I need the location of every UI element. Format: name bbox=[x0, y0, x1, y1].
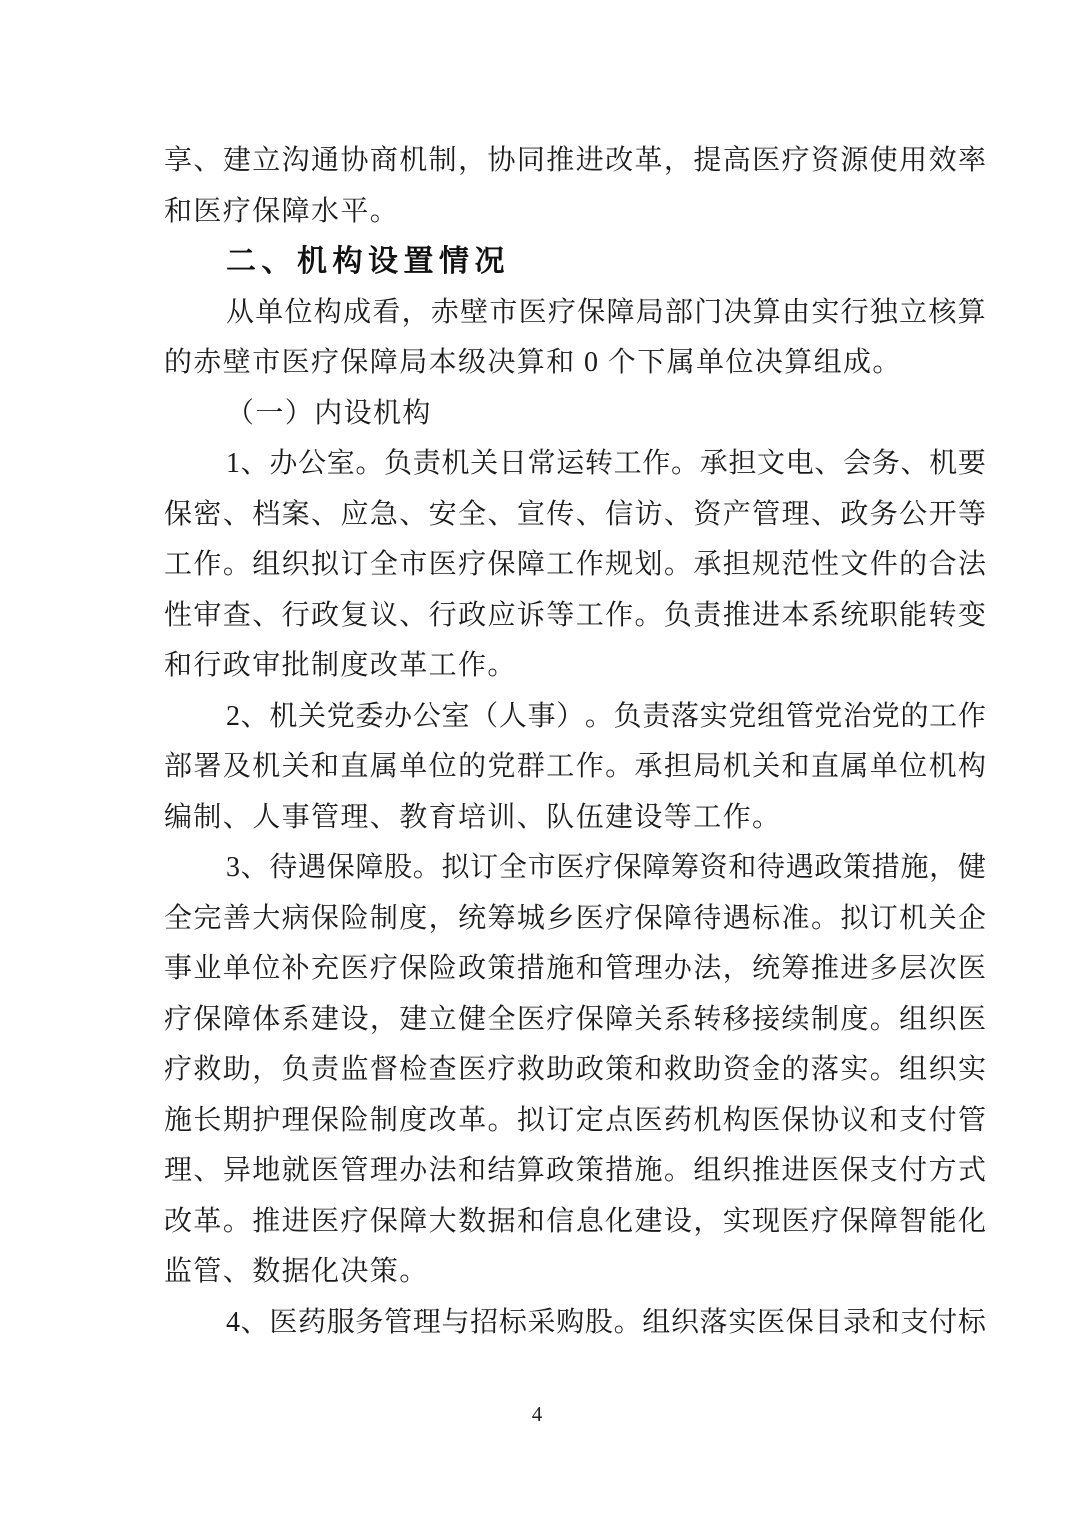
text-line: 疗保障体系建设，建立健全医疗保障关系转移接续制度。组织医 bbox=[164, 995, 986, 1046]
paragraph-item-3-treatment-guarantee-section: 3、待遇保障股。拟订全市医疗保障筹资和待遇政策措施，健全完善大病保险制度，统筹城… bbox=[164, 843, 986, 1298]
section-heading: 二、机构设置情况 bbox=[164, 237, 986, 288]
text-line: 编制、人事管理、教育培训、队伍建设等工作。 bbox=[164, 793, 986, 844]
paragraph-item-1-office: 1、办公室。负责机关日常运转工作。承担文电、会务、机要保密、档案、应急、安全、宣… bbox=[164, 439, 986, 692]
text-line: 事业单位补充医疗保险政策措施和管理办法，统筹推进多层次医 bbox=[164, 944, 986, 995]
text-line: 和医疗保障水平。 bbox=[164, 187, 986, 238]
text-line: 疗救助，负责监督检查医疗救助政策和救助资金的落实。组织实 bbox=[164, 1045, 986, 1096]
heading-line: 二、机构设置情况 bbox=[164, 237, 986, 288]
text-line: 3、待遇保障股。拟订全市医疗保障筹资和待遇政策措施，健 bbox=[164, 843, 986, 894]
paragraph-continuation: 享、建立沟通协商机制，协同推进改革，提高医疗资源使用效率和医疗保障水平。 bbox=[164, 136, 986, 237]
text-line: 施长期护理保险制度改革。拟订定点医药机构医保协议和支付管 bbox=[164, 1096, 986, 1147]
text-line: 改革。推进医疗保障大数据和信息化建设，实现医疗保障智能化 bbox=[164, 1197, 986, 1248]
page-number: 4 bbox=[0, 1400, 1074, 1428]
document-body: 享、建立沟通协商机制，协同推进改革，提高医疗资源使用效率和医疗保障水平。二、机构… bbox=[164, 136, 986, 1348]
subsection-heading-internal-organs: （一）内设机构 bbox=[164, 389, 986, 440]
text-line: 1、办公室。负责机关日常运转工作。承担文电、会务、机要 bbox=[164, 439, 986, 490]
text-line: 4、医药服务管理与招标采购股。组织落实医保目录和支付标 bbox=[164, 1298, 986, 1349]
text-line: 理、异地就医管理办法和结算政策措施。组织推进医保支付方式 bbox=[164, 1146, 986, 1197]
text-line: 性审查、行政复议、行政应诉等工作。负责推进本系统职能转变 bbox=[164, 591, 986, 642]
text-line: 的赤壁市医疗保障局本级决算和 0 个下属单位决算组成。 bbox=[164, 338, 986, 389]
text-line: 保密、档案、应急、安全、宣传、信访、资产管理、政务公开等 bbox=[164, 490, 986, 541]
text-line: （一）内设机构 bbox=[164, 389, 986, 440]
text-line: 从单位构成看，赤壁市医疗保障局部门决算由实行独立核算 bbox=[164, 288, 986, 339]
text-line: 享、建立沟通协商机制，协同推进改革，提高医疗资源使用效率 bbox=[164, 136, 986, 187]
paragraph-item-2-party-committee-office: 2、机关党委办公室（人事）。负责落实党组管党治党的工作部署及机关和直属单位的党群… bbox=[164, 692, 986, 844]
text-line: 2、机关党委办公室（人事）。负责落实党组管党治党的工作 bbox=[164, 692, 986, 743]
text-line: 部署及机关和直属单位的党群工作。承担局机关和直属单位机构 bbox=[164, 742, 986, 793]
document-page: 享、建立沟通协商机制，协同推进改革，提高医疗资源使用效率和医疗保障水平。二、机构… bbox=[0, 0, 1074, 1520]
text-line: 工作。组织拟订全市医疗保障工作规划。承担规范性文件的合法 bbox=[164, 540, 986, 591]
text-line: 监管、数据化决策。 bbox=[164, 1247, 986, 1298]
paragraph-unit-composition: 从单位构成看，赤壁市医疗保障局部门决算由实行独立核算的赤壁市医疗保障局本级决算和… bbox=[164, 288, 986, 389]
text-line: 全完善大病保险制度，统筹城乡医疗保障待遇标准。拟订机关企 bbox=[164, 894, 986, 945]
text-line: 和行政审批制度改革工作。 bbox=[164, 641, 986, 692]
paragraph-item-4-medical-service-management: 4、医药服务管理与招标采购股。组织落实医保目录和支付标 bbox=[164, 1298, 986, 1349]
